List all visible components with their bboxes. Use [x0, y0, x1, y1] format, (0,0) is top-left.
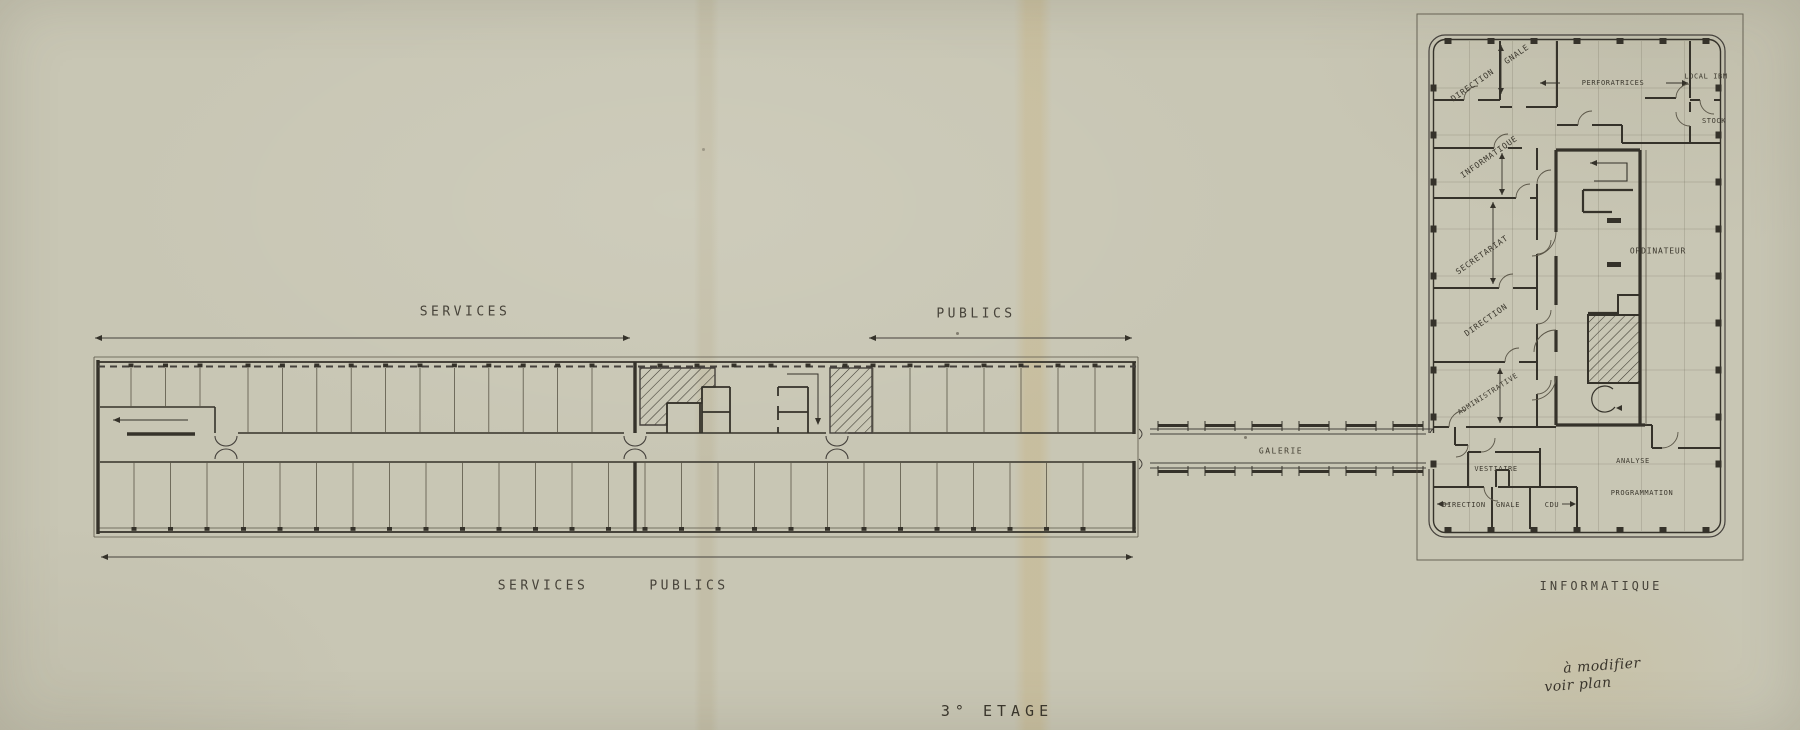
room-stock: STOCK — [1702, 117, 1726, 125]
label-publics-bottom: PUBLICS — [649, 579, 728, 594]
paper-speck — [1244, 436, 1247, 439]
label-services-bottom: SERVICES — [498, 579, 589, 594]
page-title: 3° ETAGE — [941, 702, 1053, 720]
label-services-top: SERVICES — [420, 305, 511, 320]
room-cdu: CDU — [1545, 501, 1559, 509]
room-gnale: GNALE — [1496, 501, 1520, 509]
floorplan-drawing — [0, 0, 1800, 730]
paper-speck — [702, 148, 705, 151]
floor-plan-sheet: SERVICES PUBLICS GALERIE SERVICES PUBLIC… — [0, 0, 1800, 730]
room-local-ibm: LOCAL IBM — [1684, 71, 1728, 82]
room-programmation: PROGRAMMATION — [1611, 489, 1674, 497]
label-galerie: GALERIE — [1259, 447, 1303, 456]
room-vestiaire: VESTIAIRE — [1474, 465, 1517, 473]
room-analyse: ANALYSE — [1616, 457, 1650, 465]
paper-speck — [956, 332, 959, 335]
label-informatique-caption: INFORMATIQUE — [1540, 579, 1663, 593]
room-direction-bottom: DIRECTION — [1442, 501, 1485, 509]
label-publics-top: PUBLICS — [936, 307, 1015, 322]
room-perforatrices: PERFORATRICES — [1582, 79, 1645, 87]
room-ordinateur: ORDINATEUR — [1630, 247, 1686, 256]
